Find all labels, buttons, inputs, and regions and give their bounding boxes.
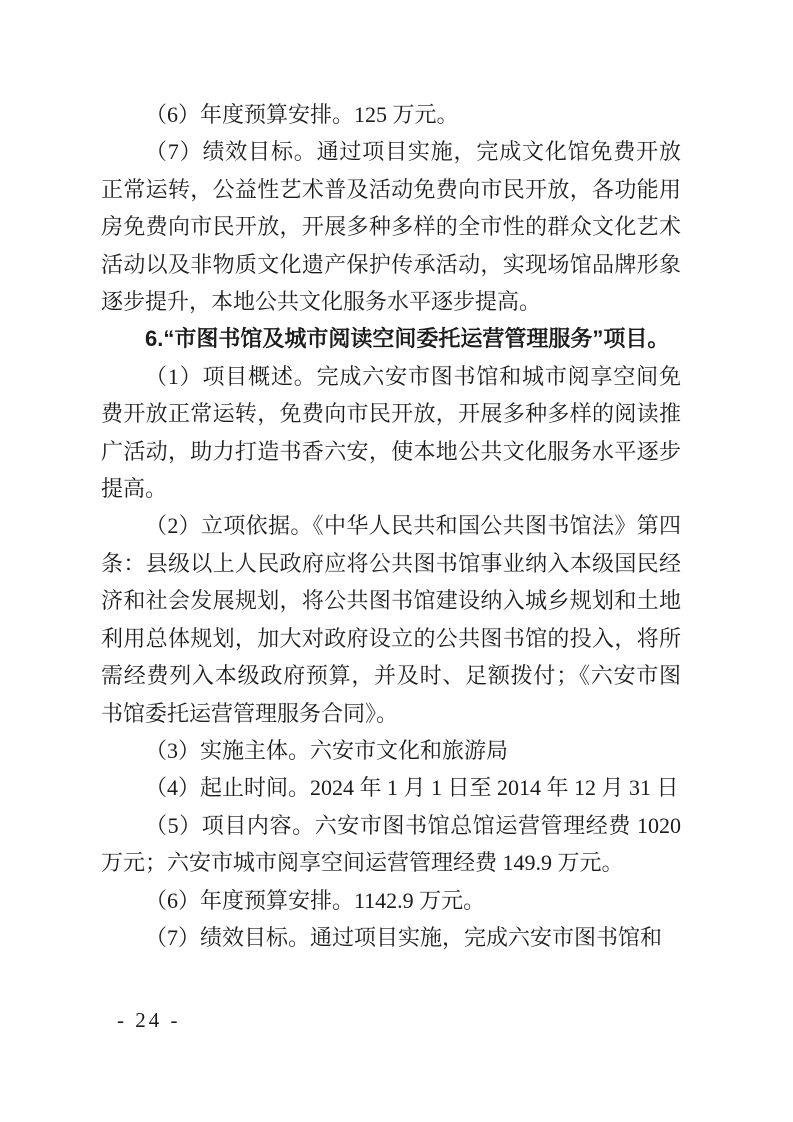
document-page: （6）年度预算安排。125 万元。 （7）绩效目标。通过项目实施，完成文化馆免费…: [0, 0, 793, 1122]
paragraph-project-content: （5）项目内容。六安市图书馆总馆运营管理经费 1020 万元；六安市城市阅享空间…: [101, 807, 681, 882]
section-heading-library-project: 6.“市图书馆及城市阅读空间委托运营管理服务”项目。: [101, 320, 681, 357]
paragraph-performance-goal-library: （7）绩效目标。通过项目实施，完成六安市图书馆和: [101, 919, 681, 956]
page-number: - 24 -: [117, 1008, 181, 1033]
paragraph-performance-goal-culture-center: （7）绩效目标。通过项目实施，完成文化馆免费开放正常运转，公益性艺术普及活动免费…: [101, 133, 681, 320]
paragraph-budget-125: （6）年度预算安排。125 万元。: [101, 96, 681, 133]
paragraph-project-basis: （2）立项依据。《中华人民共和国公共图书馆法》第四条：县级以上人民政府应将公共图…: [101, 507, 681, 731]
paragraph-project-overview: （1）项目概述。完成六安市图书馆和城市阅享空间免费开放正常运转，免费向市民开放，…: [101, 358, 681, 508]
paragraph-budget-1142: （6）年度预算安排。1142.9 万元。: [101, 882, 681, 919]
paragraph-time-range: （4）起止时间。2024 年 1 月 1 日至 2014 年 12 月 31 日: [101, 769, 681, 806]
paragraph-implementing-body: （3）实施主体。六安市文化和旅游局: [101, 732, 681, 769]
document-body: （6）年度预算安排。125 万元。 （7）绩效目标。通过项目实施，完成文化馆免费…: [101, 96, 681, 956]
